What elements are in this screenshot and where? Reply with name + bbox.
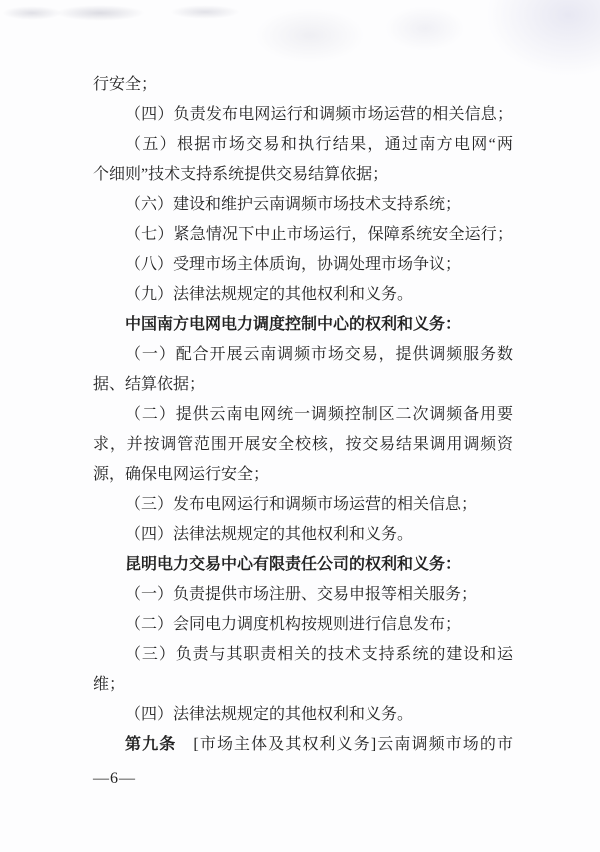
- page-number: —6—: [93, 770, 513, 788]
- document-line: （四）负责发布电网运行和调频市场运营的相关信息；: [93, 100, 513, 130]
- document-line: 源，确保电网运行安全；: [93, 460, 513, 490]
- document-line: （五）根据市场交易和执行结果，通过南方电网“两: [93, 130, 513, 160]
- scanned-document-page: { "colors": { "background": "#fdfdfe", "…: [0, 0, 600, 852]
- scan-smudge: [2, 6, 62, 20]
- article-number: 第九条: [125, 736, 176, 753]
- section-heading: 中国南方电网电力调度控制中心的权利和义务：: [93, 310, 513, 340]
- document-line: 第九条 [市场主体及其权利义务]云南调频市场的市: [93, 730, 513, 760]
- section-heading: 昆明电力交易中心有限责任公司的权利和义务：: [93, 550, 513, 580]
- document-body: 行安全；（四）负责发布电网运行和调频市场运营的相关信息；（五）根据市场交易和执行…: [93, 70, 513, 788]
- document-line: （一）配合开展云南调频市场交易，提供调频服务数: [93, 340, 513, 370]
- document-line: 行安全；: [93, 70, 513, 100]
- document-line: 个细则”技术支持系统提供交易结算依据；: [93, 160, 513, 190]
- document-line: 据、结算依据；: [93, 370, 513, 400]
- document-line: （四）法律法规规定的其他权利和义务。: [93, 700, 513, 730]
- document-line: （七）紧急情况下中止市场运行，保障系统安全运行；: [93, 220, 513, 250]
- document-line: （二）提供云南电网统一调频控制区二次调频备用要: [93, 400, 513, 430]
- scan-smudge: [385, 6, 465, 51]
- scan-smudge: [55, 5, 145, 21]
- document-line: （六）建设和维护云南调频市场技术支持系统；: [93, 190, 513, 220]
- document-line: （八）受理市场主体质询，协调处理市场争议；: [93, 250, 513, 280]
- document-line: （二）会同电力调度机构按规则进行信息发布；: [93, 610, 513, 640]
- document-line: 求，并按调管范围开展安全校核，按交易结果调用调频资: [93, 430, 513, 460]
- document-line: （三）发布电网运行和调频市场运营的相关信息；: [93, 490, 513, 520]
- scan-smudge: [488, 0, 600, 75]
- article-text: [市场主体及其权利义务]云南调频市场的市: [176, 736, 513, 753]
- scan-smudge: [255, 8, 365, 63]
- document-line: （四）法律法规规定的其他权利和义务。: [93, 520, 513, 550]
- document-line: 维；: [93, 670, 513, 700]
- document-line: （三）负责与其职责相关的技术支持系统的建设和运: [93, 640, 513, 670]
- document-line: （一）负责提供市场注册、交易申报等相关服务；: [93, 580, 513, 610]
- scan-smudge: [170, 5, 240, 19]
- document-line: （九）法律法规规定的其他权利和义务。: [93, 280, 513, 310]
